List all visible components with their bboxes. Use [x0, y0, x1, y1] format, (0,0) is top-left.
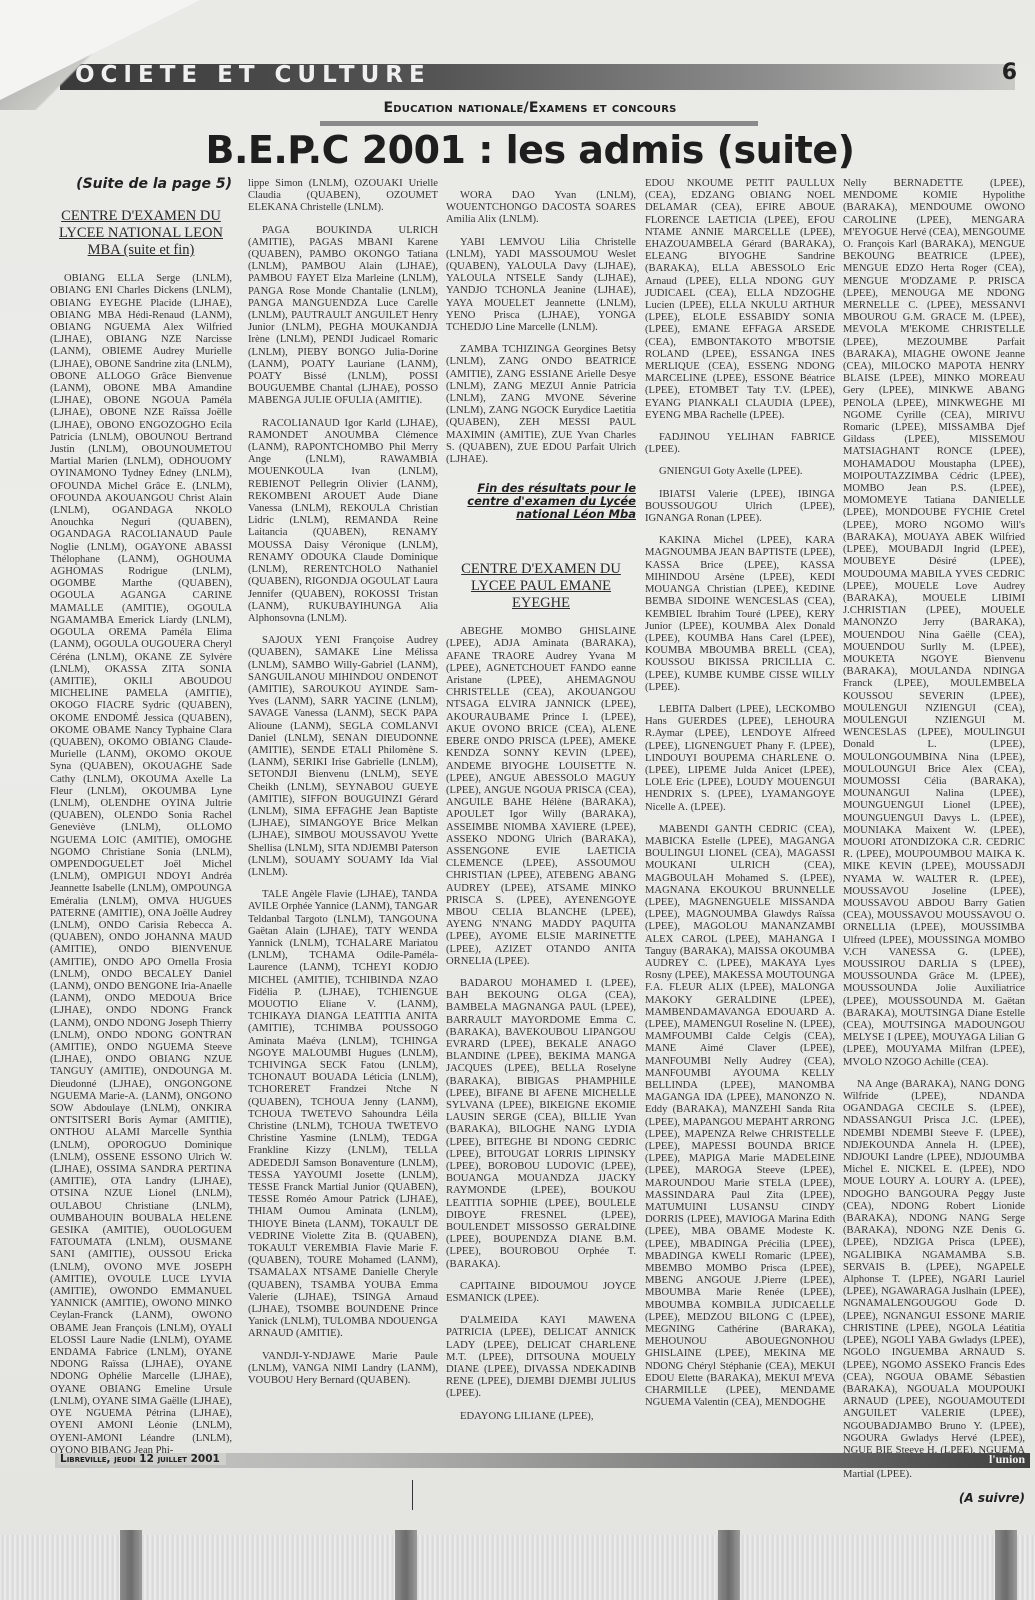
- names-paragraph-k: KAKINA Michel (LPEE), KARA MAGNOUMBA JEA…: [645, 535, 835, 694]
- names-paragraph-y: YABI LEMVOU Lilia Christelle (LNLM), YAD…: [446, 237, 636, 335]
- page-number: 6: [1002, 60, 1017, 85]
- names-paragraph-p: PAGA BOUKINDA ULRICH (AMITIE), PAGAS MBA…: [248, 225, 438, 408]
- to-be-continued: (A suivre): [843, 1492, 1025, 1504]
- kicker-rule: [320, 121, 758, 126]
- names-paragraph-z: ZAMBA TCHIZINGA Georgines Betsy (LNLM), …: [446, 344, 636, 466]
- section-title: OCIETE ET CULTURE: [75, 62, 431, 88]
- names-paragraph-a: ABEGHE MOMBO GHISLAINE (LPEE), ADJA Amin…: [446, 626, 636, 968]
- names-paragraph-t: TALE Angèle Flavie (LJHAE), TANDA AVILE …: [248, 889, 438, 1341]
- names-paragraph-c: CAPITAINE BIDOUMOU JOYCE ESMANICK (LPEE)…: [446, 1281, 636, 1305]
- fold-mark: [412, 1480, 413, 1510]
- continued-from: (Suite de la page 5): [50, 178, 232, 190]
- names-paragraph-f: FADJINOU YELIHAN FABRICE (LPEE).: [645, 432, 835, 456]
- binder-clip: [120, 1530, 142, 1600]
- headline: B.E.P.C 2001 : les admis (suite): [200, 128, 860, 172]
- column-2: lippe Simon (LNLM), OZOUAKI Urielle Clau…: [248, 178, 438, 1397]
- scanner-background: [0, 1535, 1035, 1600]
- footer-dateline: Libreville, jeudi 12 juillet 2001: [58, 1453, 226, 1465]
- exam-center-heading: CENTRE D'EXAMEN DU LYCEE PAUL EMANE EYEG…: [446, 561, 636, 612]
- names-paragraph-m: MABENDI GANTH CEDRIC (CEA), MABICKA Este…: [645, 824, 835, 1410]
- column-3: WORA DAO Yvan (LNLM), WOUENTCHONGO DACOS…: [446, 190, 636, 1433]
- names-paragraph-d: D'ALMEIDA KAYI MAWENA PATRICIA (LPEE), D…: [446, 1315, 636, 1400]
- binder-clip: [995, 1530, 1017, 1600]
- exam-center-heading: CENTRE D'EXAMEN DU LYCEE NATIONAL LEON M…: [50, 208, 232, 259]
- column-4: EDOU NKOUME PETIT PAULLUX (CEA), EDZANG …: [645, 178, 835, 1420]
- names-paragraph-i: IBIATSI Valerie (LPEE), IBINGA BOUSSOUGO…: [645, 489, 835, 526]
- names-paragraph-m-cont: Nelly BERNADETTE (LPEE), MENDOME KOMIE H…: [843, 178, 1025, 1069]
- names-paragraph-b: BADAROU MOHAMED I. (LPEE), BAH BEKOUNG O…: [446, 978, 636, 1271]
- names-paragraph-s: SAJOUX YENI Françoise Audrey (QUABEN), S…: [248, 635, 438, 879]
- newspaper-brand: l'union: [989, 1452, 1025, 1467]
- binder-clip: [395, 1530, 417, 1600]
- names-paragraph-w: WORA DAO Yvan (LNLM), WOUENTCHONGO DACOS…: [446, 190, 636, 227]
- binder-clip: [718, 1530, 740, 1600]
- column-5: Nelly BERNADETTE (LPEE), MENDOME KOMIE H…: [843, 178, 1025, 1504]
- kicker: Education nationale/Examens et concours: [320, 100, 740, 116]
- names-paragraph: lippe Simon (LNLM), OZOUAKI Urielle Clau…: [248, 178, 438, 215]
- column-1: (Suite de la page 5) CENTRE D'EXAMEN DU …: [50, 178, 232, 1467]
- newspaper-page: OCIETE ET CULTURE 6 Education nationale/…: [0, 0, 1035, 1535]
- names-paragraph-e: EDAYONG LILIANE (LPEE),: [446, 1411, 636, 1423]
- names-paragraph-n: NA Ange (BARAKA), NANG DONG Wilfride (LP…: [843, 1079, 1025, 1482]
- names-paragraph-l: LEBITA Dalbert (LPEE), LECKOMBO Hans GUE…: [645, 704, 835, 814]
- end-of-results-note: Fin des résultats pour le centre d'exame…: [446, 482, 636, 521]
- names-paragraph-e: EDOU NKOUME PETIT PAULLUX (CEA), EDZANG …: [645, 178, 835, 422]
- names-paragraph-r: RACOLIANAUD Igor Karld (LJHAE), RAMONDET…: [248, 418, 438, 625]
- names-paragraph: OBIANG ELLA Serge (LNLM), OBIANG ENI Cha…: [50, 273, 232, 1457]
- names-paragraph-v: VANDJI-Y-NDJAWE Marie Paule (LNLM), VANG…: [248, 1351, 438, 1388]
- names-paragraph-g: GNIENGUI Goty Axelle (LPEE).: [645, 466, 835, 478]
